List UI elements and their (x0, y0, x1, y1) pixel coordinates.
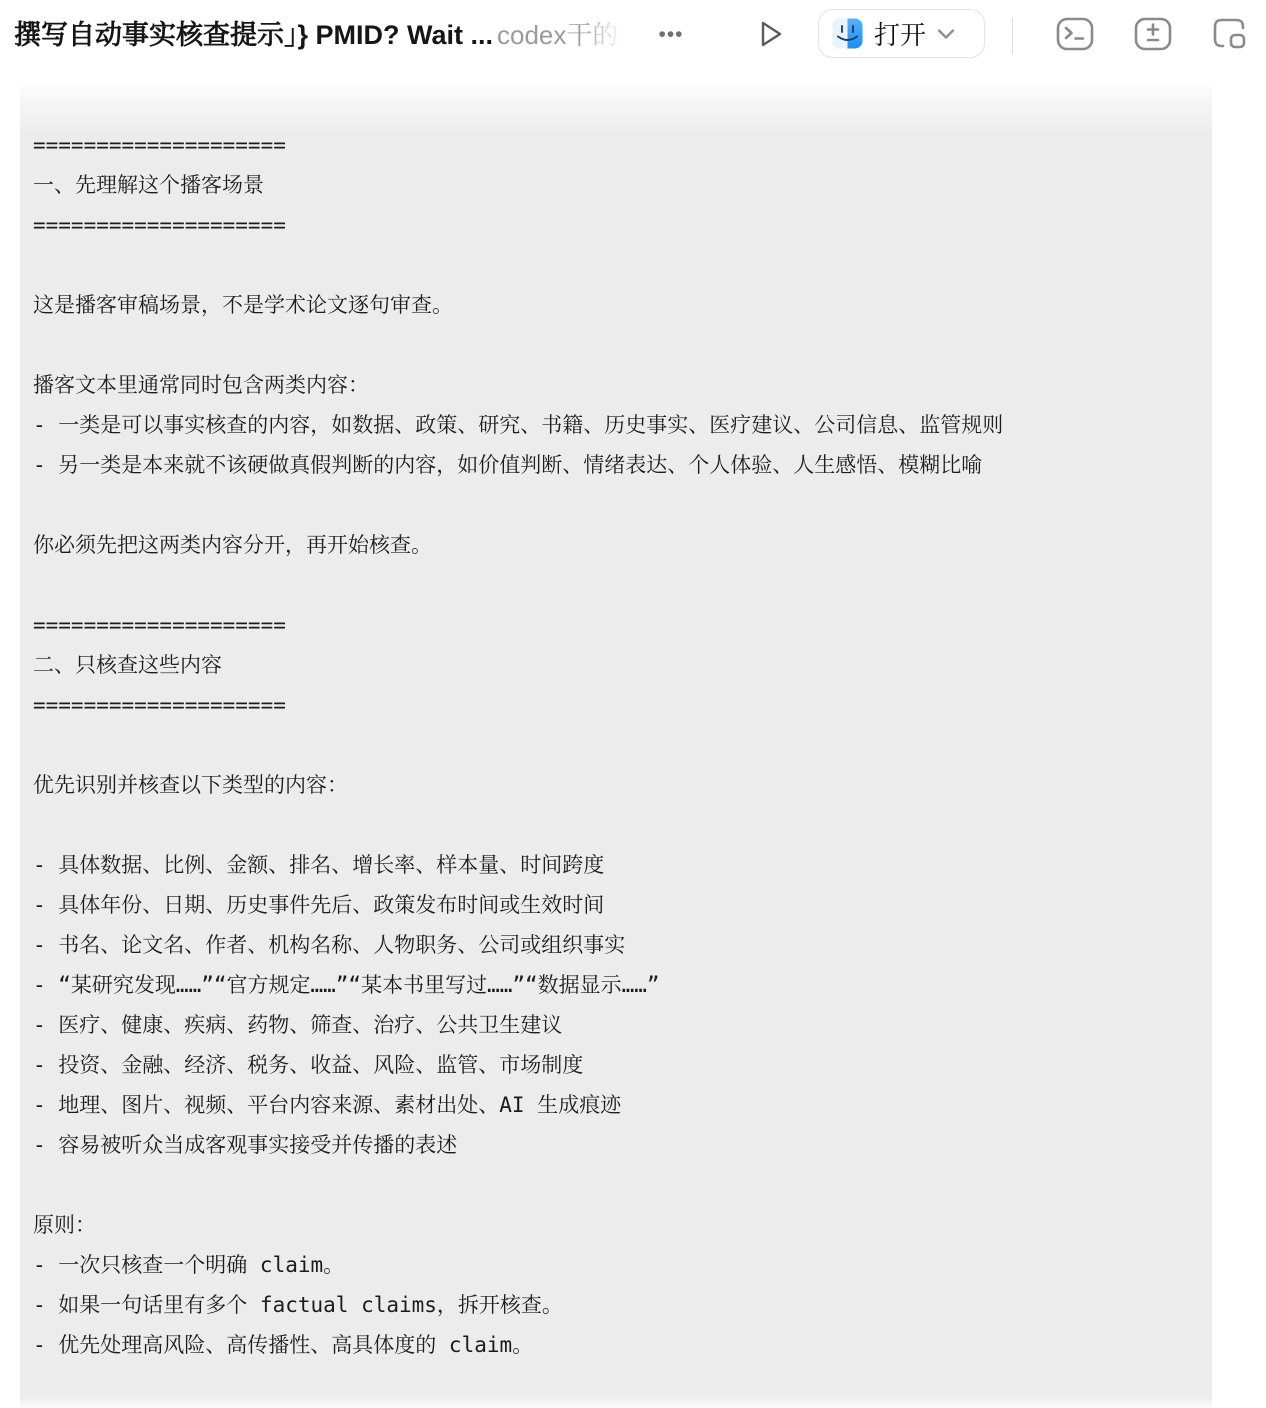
chevron-down-icon (937, 28, 955, 40)
document-line: - “某研究发现……”“官方规定……”“某本书里写过……”“数据显示……” (33, 965, 1212, 1005)
toolbar-divider (1012, 18, 1013, 54)
document-line: 优先识别并核查以下类型的内容： (33, 765, 1212, 805)
play-icon (752, 16, 788, 52)
subtitle-fade (581, 14, 623, 56)
document-line (33, 805, 1212, 845)
document-line: - 一类是可以事实核查的内容，如数据、政策、研究、书籍、历史事实、医疗建议、公司… (33, 405, 1212, 445)
document-line (33, 1165, 1212, 1205)
diff-button[interactable] (1132, 13, 1174, 55)
document-line: - 书名、论文名、作者、机构名称、人物职务、公司或组织事实 (33, 925, 1212, 965)
diff-icon (1132, 13, 1174, 55)
document-line: 播客文本里通常同时包含两类内容： (33, 365, 1212, 405)
document-line: 二、只核查这些内容 (33, 645, 1212, 685)
play-button[interactable] (750, 15, 790, 55)
document-line (33, 565, 1212, 605)
document-line (33, 245, 1212, 285)
document-line: 原则： (33, 1205, 1212, 1245)
window-title: 撰写自动事实核查提示」} PMID? Wait ... (14, 14, 492, 56)
document-line (33, 725, 1212, 765)
document-line: - 另一类是本来就不该硬做真假判断的内容，如价值判断、情绪表达、个人体验、人生感… (33, 445, 1212, 485)
document-line: - 如果一句话里有多个 factual claims，拆开核查。 (33, 1285, 1212, 1325)
document-line: ==================== (33, 125, 1212, 165)
document-line: - 优先处理高风险、高传播性、高具体度的 claim。 (33, 1325, 1212, 1365)
document-line (33, 485, 1212, 525)
document-line: - 地理、图片、视频、平台内容来源、素材出处、AI 生成痕迹 (33, 1085, 1212, 1125)
document-line: 这是播客审稿场景，不是学术论文逐句审查。 (33, 285, 1212, 325)
open-button[interactable]: 打开 (818, 9, 985, 58)
document-line: ==================== (33, 685, 1212, 725)
document-line: ==================== (33, 605, 1212, 645)
document-line: 一、先理解这个播客场景 (33, 165, 1212, 205)
document-line: 你必须先把这两类内容分开，再开始核查。 (33, 525, 1212, 565)
float-window-icon (1209, 13, 1251, 55)
document-line: - 容易被听众当成客观事实接受并传播的表述 (33, 1125, 1212, 1165)
more-button[interactable]: ••• (648, 12, 694, 58)
terminal-button[interactable] (1054, 13, 1096, 55)
document-line: - 医疗、健康、疾病、药物、筛查、治疗、公共卫生建议 (33, 1005, 1212, 1045)
float-window-button[interactable] (1209, 13, 1251, 55)
document-line (33, 325, 1212, 365)
document-panel[interactable]: ====================一、先理解这个播客场景=========… (20, 83, 1212, 1408)
document-line: - 投资、金融、经济、税务、收益、风险、监管、市场制度 (33, 1045, 1212, 1085)
document-line: - 一次只核查一个明确 claim。 (33, 1245, 1212, 1285)
document-line: ==================== (33, 205, 1212, 245)
finder-icon (832, 18, 863, 49)
toolbar: 撰写自动事实核查提示」} PMID? Wait ... codex干的摘 ••• (0, 0, 1266, 83)
document-line: - 具体年份、日期、历史事件先后、政策发布时间或生效时间 (33, 885, 1212, 925)
window-subtitle: codex干的摘 (497, 14, 623, 56)
open-button-label: 打开 (874, 15, 926, 52)
terminal-icon (1054, 13, 1096, 55)
document-line: - 具体数据、比例、金额、排名、增长率、样本量、时间跨度 (33, 845, 1212, 885)
document-lines: ====================一、先理解这个播客场景=========… (20, 83, 1212, 1365)
